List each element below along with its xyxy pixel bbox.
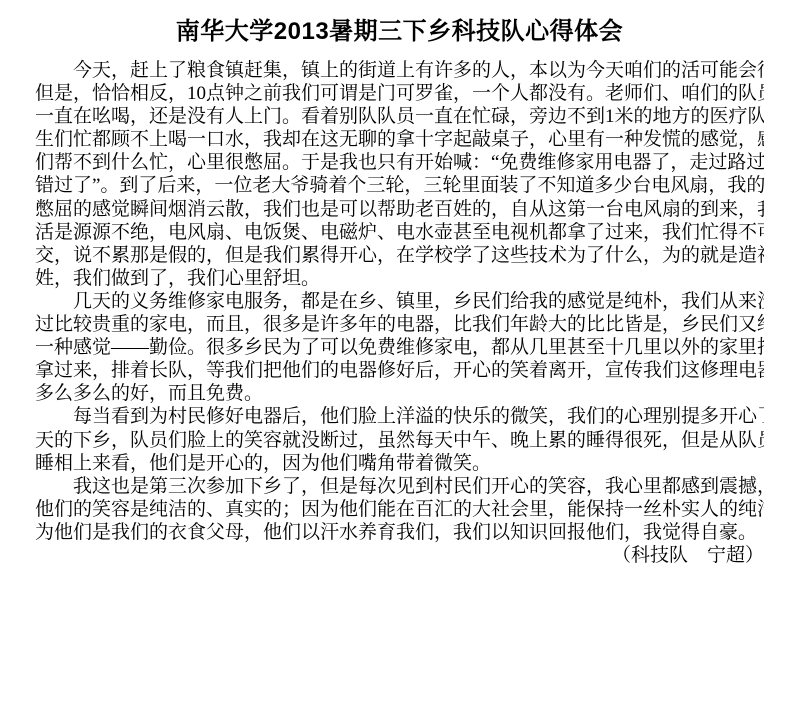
text-line: 过比较贵重的家电，而且，很多是许多年的电器，比我们年龄大的比比皆是，乡民们又给了… bbox=[35, 313, 764, 336]
text-line: 拿过来，排着长队，等我们把他们的电器修好后，开心的笑着离开，宣传我们这修理电器水… bbox=[35, 359, 764, 382]
paragraph-3: 每当看到为村民修好电器后，他们脸上洋溢的快乐的微笑，我们的心理别提多开心了，几 … bbox=[35, 405, 764, 474]
text-line: 错过了”。到了后来，一位老大爷骑着个三轮，三轮里面装了不知道多少台电风扇，我的那… bbox=[35, 174, 764, 197]
paragraph-4: 我这也是第三次参加下乡了，但是每次见到村民们开心的笑容，我心里都感到震撼，因为 … bbox=[35, 475, 764, 544]
document-page: 南华大学2013暑期三下乡科技队心得体会 今天，赶上了粮食镇赶集，镇上的街道上有… bbox=[0, 0, 799, 705]
signature-line: （科技队 宁超） bbox=[35, 544, 764, 567]
text-line: 多么多么的好，而且免费。 bbox=[35, 382, 764, 405]
paragraph-2: 几天的义务维修家电服务，都是在乡、镇里，乡民们给我的感觉是纯朴，我们从来没修理 … bbox=[35, 290, 764, 405]
paragraph-1: 今天，赶上了粮食镇赶集，镇上的街道上有许多的人，本以为今天咱们的活可能会很多， … bbox=[35, 59, 764, 290]
text-line: 我这也是第三次参加下乡了，但是每次见到村民们开心的笑容，我心里都感到震撼，因为 bbox=[35, 475, 764, 498]
document-content: 南华大学2013暑期三下乡科技队心得体会 今天，赶上了粮食镇赶集，镇上的街道上有… bbox=[35, 16, 764, 567]
text-line: 一种感觉——勤俭。很多乡民为了可以免费维修家电，都从几里甚至十几里以外的家里把家… bbox=[35, 336, 764, 359]
text-line: 活是源源不绝，电风扇、电饭煲、电磁炉、电水壶甚至电视机都拿了过来，我们忙得不可开 bbox=[35, 221, 764, 244]
text-line: 每当看到为村民修好电器后，他们脸上洋溢的快乐的微笑，我们的心理别提多开心了，几 bbox=[35, 405, 764, 428]
text-line: 们帮不到什么忙，心里很憋屈。于是我也只有开始喊：“免费维修家用电器了，走过路过不… bbox=[35, 151, 764, 174]
text-line: 天的下乡，队员们脸上的笑容就没断过，虽然每天中午、晚上累的睡得很死，但是从队员们… bbox=[35, 429, 764, 452]
text-line: 生们忙都顾不上喝一口水，我却在这无聊的拿十字起敲桌子，心里有一种发慌的感觉，感觉… bbox=[35, 128, 764, 151]
text-line: 但是，恰恰相反，10点钟之前我们可谓是门可罗雀，一个人都没有。老师们、咱们的队员… bbox=[35, 82, 764, 105]
text-line: 睡相上来看，他们是开心的，因为他们嘴角带着微笑。 bbox=[35, 452, 764, 475]
text-line: 他们的笑容是纯洁的、真实的；因为他们能在百汇的大社会里，能保持一丝朴实人的纯洁；… bbox=[35, 498, 764, 521]
text-line: 憋屈的感觉瞬间烟消云散，我们也是可以帮助老百姓的，自从这第一台电风扇的到来，我们… bbox=[35, 198, 764, 221]
text-line: 交，说不累那是假的，但是我们累得开心，在学校学了这些技术为了什么，为的就是造福百 bbox=[35, 244, 764, 267]
text-line: 一直在吆喝，还是没有人上门。看着别队队员一直在忙碌，旁边不到1米的地方的医疗队那… bbox=[35, 105, 764, 128]
document-title: 南华大学2013暑期三下乡科技队心得体会 bbox=[35, 16, 764, 48]
text-line: 几天的义务维修家电服务，都是在乡、镇里，乡民们给我的感觉是纯朴，我们从来没修理 bbox=[35, 290, 764, 313]
text-line: 为他们是我们的衣食父母，他们以汗水养育我们，我们以知识回报他们，我觉得自豪。 bbox=[35, 521, 764, 544]
text-line: 今天，赶上了粮食镇赶集，镇上的街道上有许多的人，本以为今天咱们的活可能会很多， bbox=[35, 59, 764, 82]
text-line: 姓，我们做到了，我们心里舒坦。 bbox=[35, 267, 764, 290]
